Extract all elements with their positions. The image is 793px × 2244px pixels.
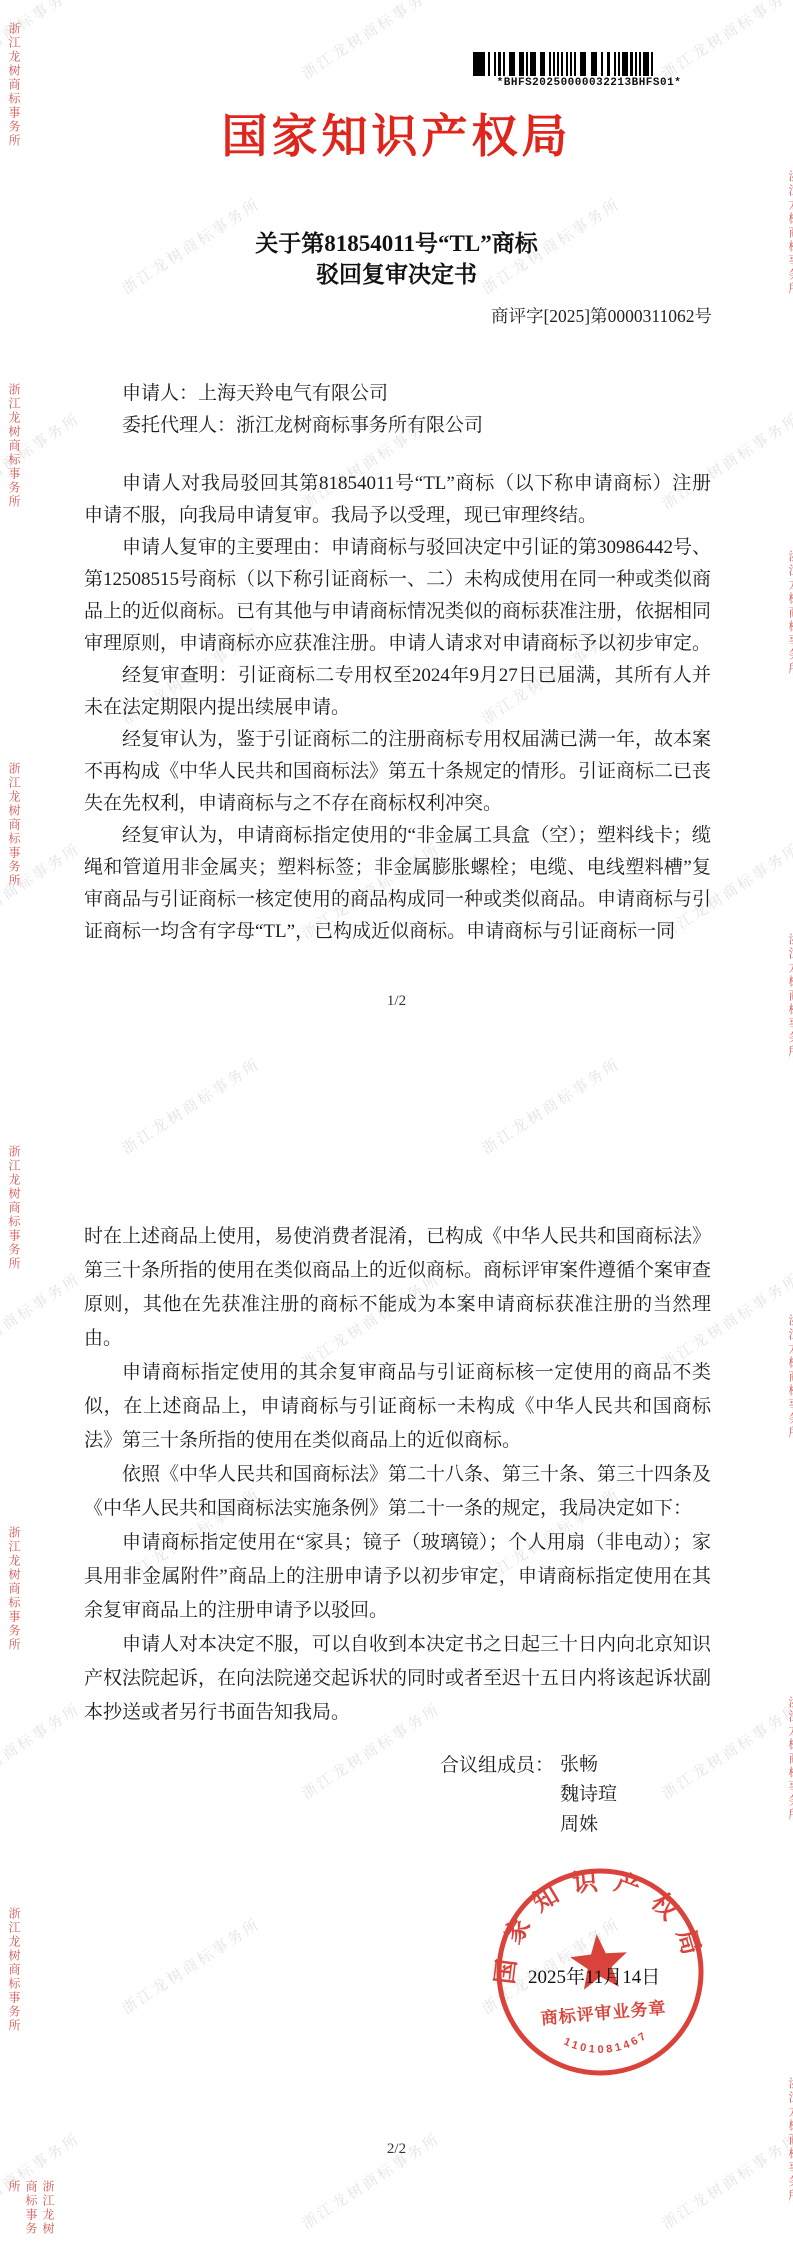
doc-title-line2: 驳回复审决定书 [0,259,793,290]
edge-watermark-right: 浙江龙树商标事务所 [786,1314,793,1440]
agency-title: 国家知识产权局 [0,100,793,166]
paragraph: 依照《中华人民共和国商标法》第二十八条、第三十条、第三十四条及《中华人民共和国商… [84,1458,711,1526]
diagonal-watermark: 浙江龙树商标事务所 [0,1268,85,1374]
panel-members-block: 合议组成员： 张畅 魏诗瑄 周姝 [440,1750,617,1840]
agent-line: 委托代理人：浙江龙树商标事务所有限公司 [84,410,711,442]
decision-date: 2025年11月14日 [528,1962,660,1989]
paragraph: 申请商标指定使用在“家具；镜子（玻璃镜）；个人用扇（非电动）；家具用非金属附件”… [84,1526,711,1628]
paragraph: 申请人对本决定不服，可以自收到本决定书之日起三十日内向北京知识产权法院起诉，在向… [84,1628,711,1730]
seal-center-text: 商标评审业务章 [540,1997,667,2028]
diagonal-watermark: 浙江龙树商标事务所 [117,1053,264,1159]
paragraph: 经复审查明：引证商标二专用权至2024年9月27日已届满，其所有人并未在法定期限… [84,660,711,724]
edge-watermark-left: 浙江龙树商标事务所 [6,1907,23,2033]
page-number-1: 1/2 [0,993,793,1010]
panel-member-name: 周姝 [560,1810,617,1840]
doc-number: 商评字[2025]第0000311062号 [491,303,712,328]
edge-watermark-left: 浙江龙树商标事务所 [6,762,23,888]
diagonal-watermark: 浙江龙树商标事务所 [0,1698,85,1804]
edge-watermark-left: 浙江龙树商标事务所 [6,1526,23,1652]
seal-code: 1101081467 [561,2028,652,2059]
applicant-line: 申请人：上海天羚电气有限公司 [84,378,711,410]
paragraph: 经复审认为，申请商标指定使用的“非金属工具盒（空）；塑料线卡；缆绳和管道用非金属… [84,820,711,948]
barcode-text: *BHFS20250000032213BHFS01* [473,77,705,89]
panel-member-name: 魏诗瑄 [560,1780,617,1810]
paragraph: 申请商标指定使用的其余复审商品与引证商标核一定使用的商品不类似，在上述商品上，申… [84,1356,711,1458]
diagonal-watermark: 浙江龙树商标事务所 [477,1053,624,1159]
doc-title: 关于第81854011号“TL”商标 驳回复审决定书 [0,228,793,290]
paragraph: 经复审认为，鉴于引证商标二的注册商标专用权届满已满一年，故本案不再构成《中华人民… [84,724,711,820]
paragraph: 申请人复审的主要理由：申请商标与驳回决定中引证的第30986442号、第1250… [84,532,711,660]
panel-members-label: 合议组成员： [440,1750,554,1840]
edge-watermark-right: 浙江龙树商标事务所 [786,550,793,676]
diagonal-watermark: 浙江龙树商标事务所 [117,1913,264,2019]
edge-watermark-right: 浙江龙树商标事务所 [786,1696,793,1822]
edge-watermark-left: 浙江龙树商标事务所 [6,2180,57,2244]
paragraph: 申请人对我局驳回其第81854011号“TL”商标（以下称申请商标）注册申请不服… [84,468,711,532]
edge-watermark-left: 浙江龙树商标事务所 [6,383,23,509]
page-number-2: 2/2 [0,2141,793,2158]
diagonal-watermark: 浙江龙树商标事务所 [297,0,444,83]
panel-members-list: 张畅 魏诗瑄 周姝 [560,1750,617,1840]
edge-watermark-right: 浙江龙树商标事务所 [786,2077,793,2203]
page1-body: 申请人：上海天羚电气有限公司 委托代理人：浙江龙树商标事务所有限公司 申请人对我… [84,378,711,948]
page2-body: 时在上述商品上使用，易使消费者混淆，已构成《中华人民共和国商标法》第三十条所指的… [84,1220,711,1730]
panel-member-name: 张畅 [560,1750,617,1780]
doc-title-line1: 关于第81854011号“TL”商标 [0,228,793,259]
paragraph-continuation: 时在上述商品上使用，易使消费者混淆，已构成《中华人民共和国商标法》第三十条所指的… [84,1220,711,1356]
decision-document-page: *BHFS20250000032213BHFS01* 国家知识产权局 关于第81… [0,0,793,2244]
barcode [473,52,705,76]
edge-watermark-left: 浙江龙树商标事务所 [6,1145,23,1271]
